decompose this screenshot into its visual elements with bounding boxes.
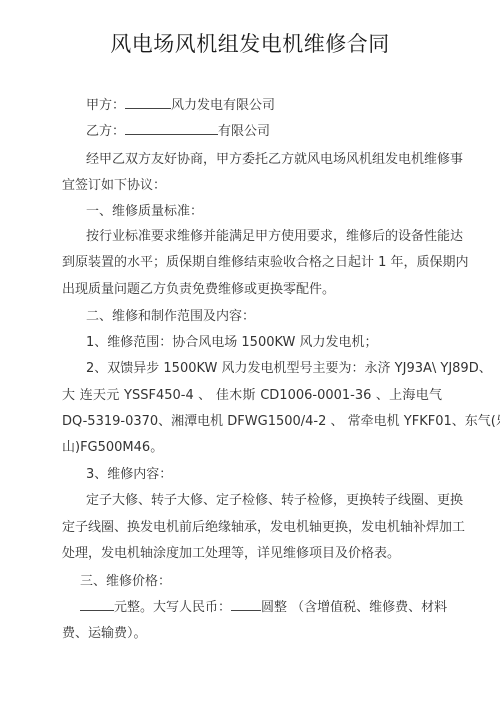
section2-item3-line1: 定子大修、转子大修、定子检修、转子检修，更换转子线圈、更换 [86,489,466,508]
section3-heading: 三、维修价格： [80,570,460,589]
section2-item2-line3: DQ-5319-0370、湘潭电机 DFWG1500/4-2 、 常牵电机 YF… [62,410,442,429]
party-b-suffix: 有限公司 [218,124,270,139]
section1-line-3: 出现质量问题乙方负责免费维修或更换零配件。 [62,278,442,297]
party-a-line: 甲方：风力发电有限公司 [86,94,466,113]
party-a-blank [125,96,171,109]
section2-item3-line3: 处理，发电机轴涂度加工处理等，详见维修项目及价格表。 [62,542,442,561]
party-a-suffix: 风力发电有限公司 [171,98,275,113]
section3-price-line: 元整。大写人民币：圆整 （含增值税、维修费、材料 [80,596,460,615]
party-a-label: 甲方： [86,98,125,113]
price-capital-blank [231,598,261,611]
intro-line-2: 宜签订如下协议： [62,174,442,193]
section2-item2-line4: 山)FG500M46。 [62,436,442,455]
section1-heading: 一、维修质量标准： [86,200,466,219]
section2-item2-line1: 2、双馈异步 1500KW 风力发电机型号主要为：永济 YJ93A\ YJ89D… [86,357,466,376]
document-title: 风电场风机组发电机维修合同 [0,28,500,58]
section1-line-2: 到原装置的水平；质保期自维修结束验收合格之日起计 1 年，质保期内 [62,251,442,270]
section1-line-1: 按行业标准要求维修并能满足甲方使用要求，维修后的设备性能达 [86,225,466,244]
section2-item1: 1、维修范围：协合风电场 1500KW 风力发电机； [86,331,466,350]
price-note: 圆整 （含增值税、维修费、材料 [261,600,447,615]
section2-item2-line2: 大 连天元 YSSF450-4 、 佳木斯 CD1006-0001-36 、上海… [62,384,442,403]
section3-price-line-2: 费、运输费）。 [62,622,442,641]
party-b-blank [125,122,218,135]
section2-heading: 二、维修和制作范围及内容： [86,305,466,324]
section2-item3-heading: 3、维修内容： [86,463,466,482]
section2-item3-line2: 定子线圈、换发电机前后绝缘轴承，发电机轴更换，发电机轴补焊加工 [62,516,442,535]
party-b-line: 乙方：有限公司 [86,120,466,139]
intro-line-1: 经甲乙双方友好协商，甲方委托乙方就风电场风机组发电机维修事 [86,148,466,167]
price-amount-blank [80,598,114,611]
party-b-label: 乙方： [86,124,125,139]
price-label: 元整。大写人民币： [114,600,231,615]
